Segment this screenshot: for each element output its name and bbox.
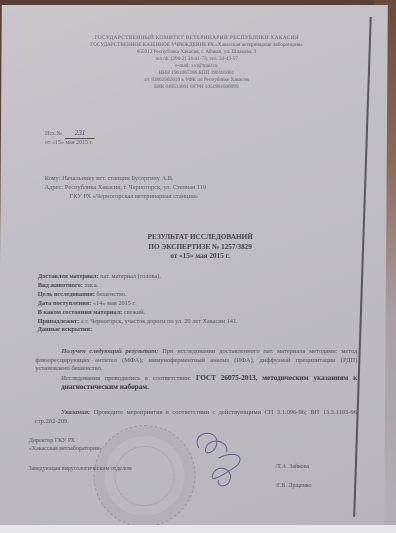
director-name: /Т.А. Зайкова [276, 463, 366, 471]
letterhead: ГОСУДАРСТВЕННЫЙ КОМИТЕТ ВЕТЕРИНАРИИ РЕСП… [61, 35, 331, 91]
director-title-line1: Директор ГКУ РХ [29, 437, 179, 445]
detail-row: Доставлен материал: пат. материал (голов… [38, 273, 358, 282]
detail-row: В каком состоянии материал: свежий. [38, 309, 358, 318]
title-line3: от «15» мая 2015 г. [100, 252, 300, 262]
detail-row: Цель исследования: бешенство. [38, 291, 358, 300]
document-title: РЕЗУЛЬТАТ ИССЛЕДОВАНИЙ ПО ЭКСПЕРТИЗЕ № 1… [100, 233, 300, 262]
signature-scribble [188, 428, 248, 490]
document-page: ГОСУДАРСТВЕННЫЙ КОМИТЕТ ВЕТЕРИНАРИИ РЕСП… [0, 5, 388, 527]
addressee-block: Кому: Начальнику вет. станции Бусоргину … [44, 175, 206, 201]
address-value: Республика Хакасия, г. Черногорск, ул. С… [65, 184, 206, 191]
letterhead-org-line1: ГОСУДАРСТВЕННЫЙ КОМИТЕТ ВЕТЕРИНАРИИ РЕСП… [62, 35, 332, 42]
result-lead: Получен следующий результат: [35, 348, 158, 355]
outgoing-reference: Исх.№ 231 от «15» мая 2015 г. [45, 129, 95, 148]
instructions-lead: Указания: [35, 409, 90, 416]
director-title-line2: «Хакасская ветлаборатория» [29, 445, 179, 453]
title-line1: РЕЗУЛЬТАТ ИССЛЕДОВАНИЙ [100, 233, 300, 243]
detail-row: Дата поступления: «14» мая 2015 г. [38, 300, 358, 309]
outgoing-number-label: Исх.№ [45, 130, 62, 139]
head-of-dept-title: Заведующая вирусологическим отделом [29, 465, 179, 473]
detail-row: Принадлежит: а г. Черногорск, участок до… [38, 318, 358, 327]
title-line2: ПО ЭКСПЕРТИЗЕ № 1257/3829 [100, 243, 300, 253]
detail-row: Вид животного: лиса. [38, 282, 358, 291]
letterhead-account: л/с 03802002610 в УФК по Республике Хака… [61, 77, 331, 84]
bottom-edge [0, 525, 396, 533]
outgoing-number-handwritten: 231 [65, 129, 95, 139]
head-of-dept-name: /Г.В. Лущенко [275, 482, 365, 490]
letterhead-inn: ИНН 1901067286 КПП 190101001 [61, 70, 331, 77]
result-section: Получен следующий результат: При исследо… [35, 348, 357, 393]
address-label: Адрес: [45, 184, 64, 191]
outgoing-date: от «15» мая 2015 г. [45, 139, 95, 148]
detail-row: Данные вскрытия: [38, 326, 358, 335]
standards-text: Исследования проводились в соответствии: [61, 375, 191, 382]
to-value: Начальнику вет. станции Бусоргину А.В. [62, 175, 174, 182]
to-label: Кому: [45, 175, 61, 182]
instructions-section: Указания: Проведите мероприятия в соотве… [35, 409, 357, 426]
addressee-org: ГКУ РХ «Черногорская ветеринарная станци… [44, 193, 206, 202]
sample-details: Доставлен материал: пат. материал (голов… [38, 273, 358, 335]
letterhead-org-line2: ГОСУДАРСТВЕННОЕ КАЗЕННОЕ УЧРЕЖДЕНИЕ РХ «… [62, 42, 332, 49]
letterhead-email: e-mail: xvl@mail.ru [61, 63, 331, 70]
letterhead-address: 655012 Республика Хакасия, г. Абакан, ул… [61, 49, 331, 56]
page-edge-shadow [353, 17, 372, 517]
letterhead-bik: БИК 049514001 ОГРН 1051901006099 [61, 84, 331, 91]
letterhead-phone: тел./ф. (390-2) 34-41-73, тел. 34-43-57 [61, 56, 331, 63]
